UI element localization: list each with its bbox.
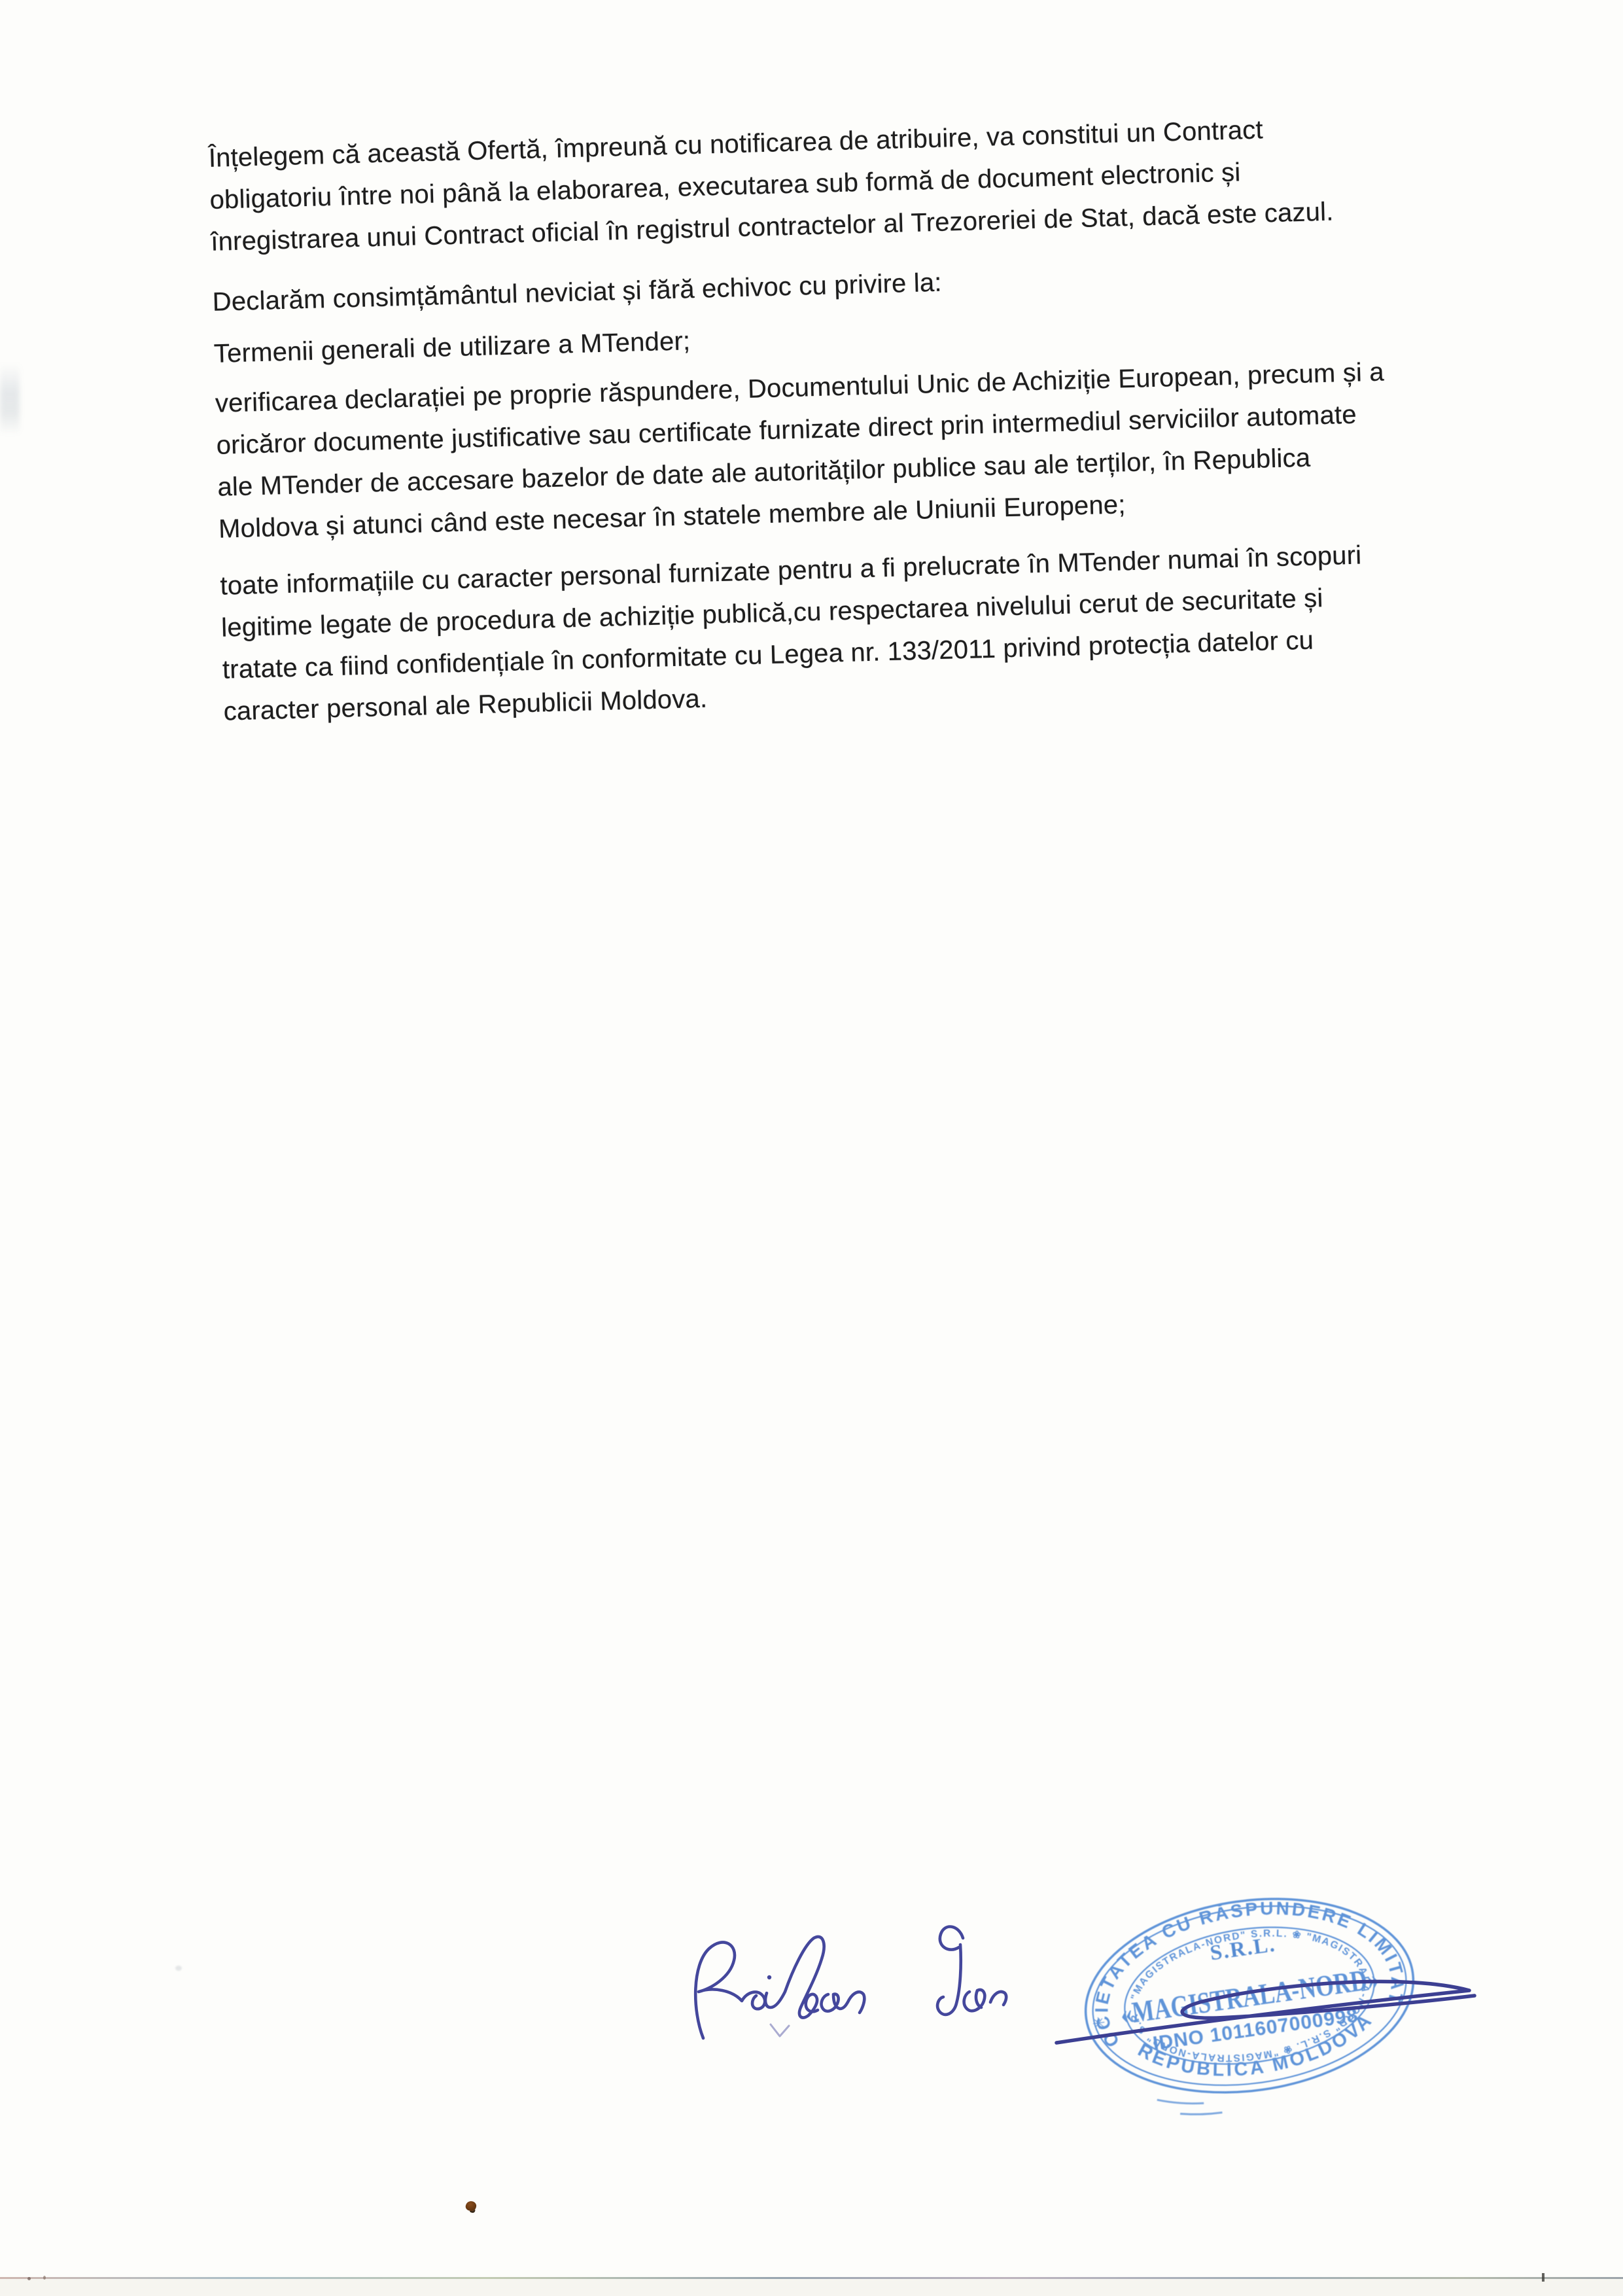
- paragraph-offer-contract: Înțelegem că această Ofertă, împreună cu…: [208, 103, 1486, 263]
- signature-flick-mark: [771, 2024, 789, 2036]
- signature-railean-stroke: [695, 1937, 864, 2038]
- scanned-document-page: Înțelegem că această Ofertă, împreună cu…: [0, 0, 1623, 2296]
- scan-bottom-tick: [1542, 2273, 1544, 2282]
- paragraph-personal-data: toate informațiile cu caracter personal …: [220, 531, 1499, 733]
- scan-noise-dot: [175, 1966, 182, 1971]
- paper-speck: [464, 2200, 477, 2212]
- stamp-seal-graphic: SOCIETATEA CU RĂSPUNDERE LIMITATĂ REPUBL…: [1050, 1841, 1449, 2151]
- scan-bottom-dot: [43, 2276, 46, 2280]
- scan-bottom-strip: [0, 2279, 1623, 2296]
- paragraph-verification: verificarea declarației pe proprie răspu…: [215, 348, 1494, 550]
- document-text-block: Înțelegem că această Ofertă, împreună cu…: [208, 103, 1499, 732]
- signature-i-dot: [767, 1975, 771, 1979]
- stamp-star-separator-icon: ✳: [1091, 2014, 1107, 2034]
- scan-edge-smudge: [0, 363, 20, 435]
- company-stamp: SOCIETATEA CU RĂSPUNDERE LIMITATĂ REPUBL…: [1050, 1841, 1449, 2151]
- signature-ion-stroke: [937, 1927, 1006, 2015]
- stamp-bottom-dashes: [1157, 2091, 1223, 2121]
- scan-bottom-dot: [27, 2277, 31, 2280]
